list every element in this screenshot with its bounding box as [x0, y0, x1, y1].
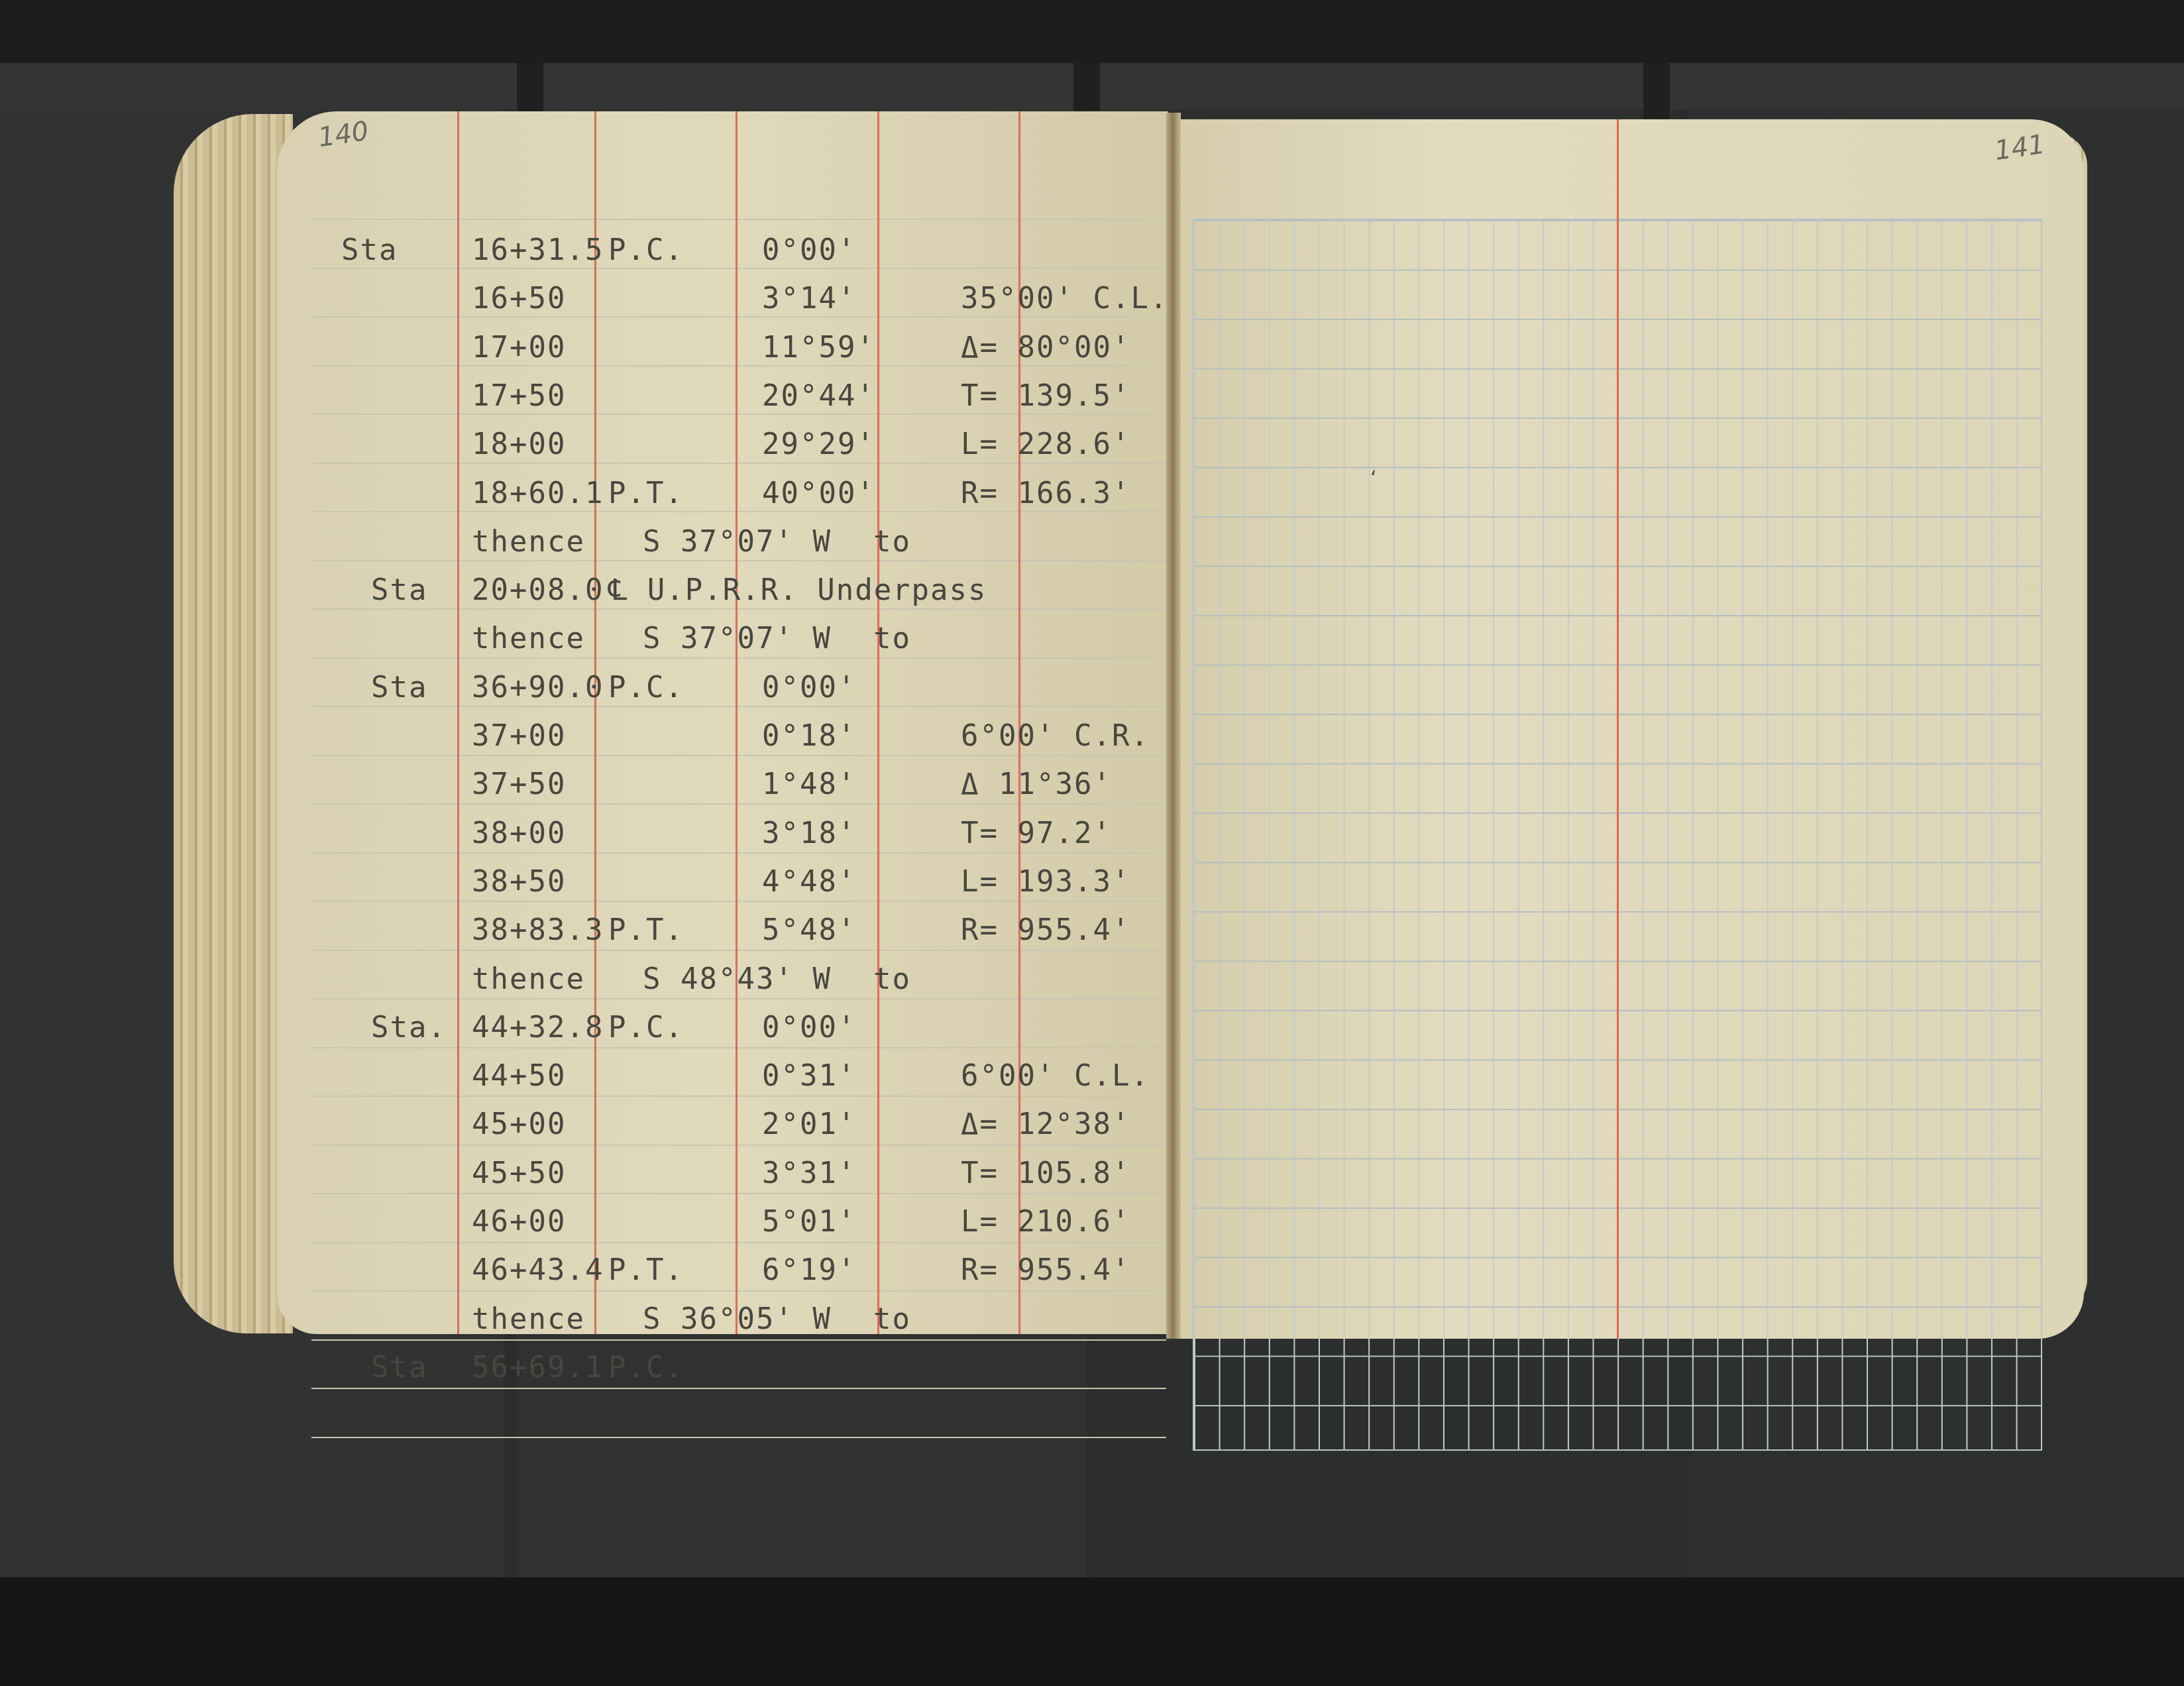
ruled-line	[311, 1242, 1166, 1243]
ruled-line	[311, 219, 1166, 220]
cell-deflection: 0°18'	[762, 719, 856, 753]
cell-deflection: 6°19'	[762, 1253, 856, 1287]
column-rule	[877, 111, 879, 1334]
cell-deflection: 1°48'	[762, 767, 856, 801]
cell-point: P.C.	[608, 1011, 684, 1044]
ruled-line	[311, 511, 1166, 512]
ruled-line	[311, 414, 1166, 415]
cell-point: S 37°07' W	[643, 525, 832, 559]
cell-deflection: 0°00'	[762, 1011, 856, 1044]
cell-station: 46+00	[472, 1205, 566, 1239]
ruled-line	[311, 1047, 1166, 1048]
cell-deflection: 29°29'	[762, 427, 875, 461]
cell-curve-data: to	[873, 525, 911, 559]
cell-curve-data: to	[873, 962, 911, 996]
ruled-line	[311, 1388, 1166, 1389]
cell-station: 18+00	[472, 427, 566, 461]
ruled-line	[311, 608, 1166, 610]
cell-station: 16+50	[472, 282, 566, 315]
cell-curve-data: L= 228.6'	[961, 427, 1130, 461]
ruled-line	[311, 901, 1166, 902]
ruled-line	[311, 755, 1166, 756]
cell-curve-data: R= 955.4'	[961, 913, 1130, 947]
ruled-line	[311, 1339, 1166, 1341]
cell-curve-data: T= 139.5'	[961, 379, 1130, 413]
cell-station: 37+50	[472, 767, 566, 801]
cell-deflection: 11°59'	[762, 331, 875, 365]
cell-curve-data: T= 97.2'	[961, 816, 1112, 850]
ruled-line	[311, 852, 1166, 854]
cell-point: P.T.	[608, 1253, 684, 1287]
cell-point: P.C.	[608, 671, 684, 704]
cell-deflection: 20°44'	[762, 379, 875, 413]
ruled-line	[311, 1193, 1166, 1194]
cell-station: thence	[472, 1302, 585, 1336]
cell-station: 17+00	[472, 331, 566, 365]
cell-curve-data: Δ= 80°00'	[961, 331, 1130, 365]
cell-station: 44+32.8	[472, 1011, 604, 1044]
cell-station: 45+00	[472, 1107, 566, 1141]
cell-station: 56+69.1	[472, 1351, 604, 1384]
column-rule	[594, 111, 596, 1334]
cell-station: thence	[472, 962, 585, 996]
ruled-line	[311, 803, 1166, 805]
ruled-line	[311, 1096, 1166, 1097]
cell-label: Sta.	[371, 1011, 447, 1044]
cell-deflection: 0°00'	[762, 671, 856, 704]
ruled-line	[311, 998, 1166, 999]
cell-station: 16+31.5	[472, 233, 604, 267]
cell-deflection: 40°00'	[762, 477, 875, 510]
cell-station: 37+00	[472, 719, 566, 753]
cell-point: P.C.	[608, 1351, 684, 1384]
cell-curve-data: L= 210.6'	[961, 1205, 1130, 1239]
cell-curve-data: Δ 11°36'	[961, 767, 1112, 801]
cell-label: Sta	[371, 671, 427, 704]
ruled-line	[311, 706, 1166, 707]
cell-curve-data: 6°00' C.L.	[961, 1059, 1150, 1093]
cell-curve-data: T= 105.8'	[961, 1156, 1130, 1190]
cell-point: P.C.	[608, 233, 684, 267]
cell-curve-data: Δ= 12°38'	[961, 1107, 1130, 1141]
cell-station: thence	[472, 622, 585, 655]
ruled-line	[311, 463, 1166, 464]
ruled-line	[311, 1437, 1166, 1438]
page-stack-left	[174, 114, 293, 1333]
cell-point: ℄ U.P.R.R. Underpass	[608, 573, 987, 607]
cell-deflection: 0°00'	[762, 233, 856, 267]
column-rule	[1617, 119, 1619, 1339]
ruled-line	[311, 950, 1166, 951]
cell-station: 17+50	[472, 379, 566, 413]
column-rule	[457, 111, 459, 1334]
cell-deflection: 3°31'	[762, 1156, 856, 1190]
background-bottom	[0, 1577, 2184, 1686]
cell-station: 36+90.0	[472, 671, 604, 704]
ruled-line	[311, 560, 1166, 561]
column-rule	[736, 111, 737, 1334]
cell-station: 45+50	[472, 1156, 566, 1190]
cell-deflection: 0°31'	[762, 1059, 856, 1093]
cell-station: 38+00	[472, 816, 566, 850]
cell-deflection: 2°01'	[762, 1107, 856, 1141]
cell-point: P.T.	[608, 913, 684, 947]
cell-station: 18+60.1	[472, 477, 604, 510]
cell-station: 46+43.4	[472, 1253, 604, 1287]
cell-station: 44+50	[472, 1059, 566, 1093]
cell-station: 38+50	[472, 865, 566, 899]
ruled-line	[311, 657, 1166, 659]
cell-deflection: 5°48'	[762, 913, 856, 947]
ruled-line	[311, 1145, 1166, 1146]
ruled-line	[311, 316, 1166, 317]
cell-station: thence	[472, 525, 585, 559]
cell-curve-data: L= 193.3'	[961, 865, 1130, 899]
ruled-line	[311, 365, 1166, 366]
cell-deflection: 4°48'	[762, 865, 856, 899]
cell-point: S 36°05' W	[643, 1302, 832, 1336]
cell-curve-data: R= 955.4'	[961, 1253, 1130, 1287]
cell-point: S 48°43' W	[643, 962, 832, 996]
cell-label: Sta	[341, 233, 398, 267]
cell-label: Sta	[371, 1351, 427, 1384]
cell-curve-data: R= 166.3'	[961, 477, 1130, 510]
cell-label: Sta	[371, 573, 427, 607]
cell-deflection: 3°18'	[762, 816, 856, 850]
cell-curve-data: to	[873, 622, 911, 655]
cell-curve-data: 35°00' C.L.	[961, 282, 1168, 315]
ruled-line	[311, 268, 1166, 269]
cell-deflection: 5°01'	[762, 1205, 856, 1239]
cell-point: P.T.	[608, 477, 684, 510]
cell-station: 20+08.0	[472, 573, 604, 607]
pencil-mark: ʻ	[1370, 467, 1377, 490]
ruled-line	[311, 1290, 1166, 1292]
cell-point: S 37°07' W	[643, 622, 832, 655]
cell-deflection: 3°14'	[762, 282, 856, 315]
cell-curve-data: 6°00' C.R.	[961, 719, 1150, 753]
cell-curve-data: to	[873, 1302, 911, 1336]
cell-station: 38+83.3	[472, 913, 604, 947]
